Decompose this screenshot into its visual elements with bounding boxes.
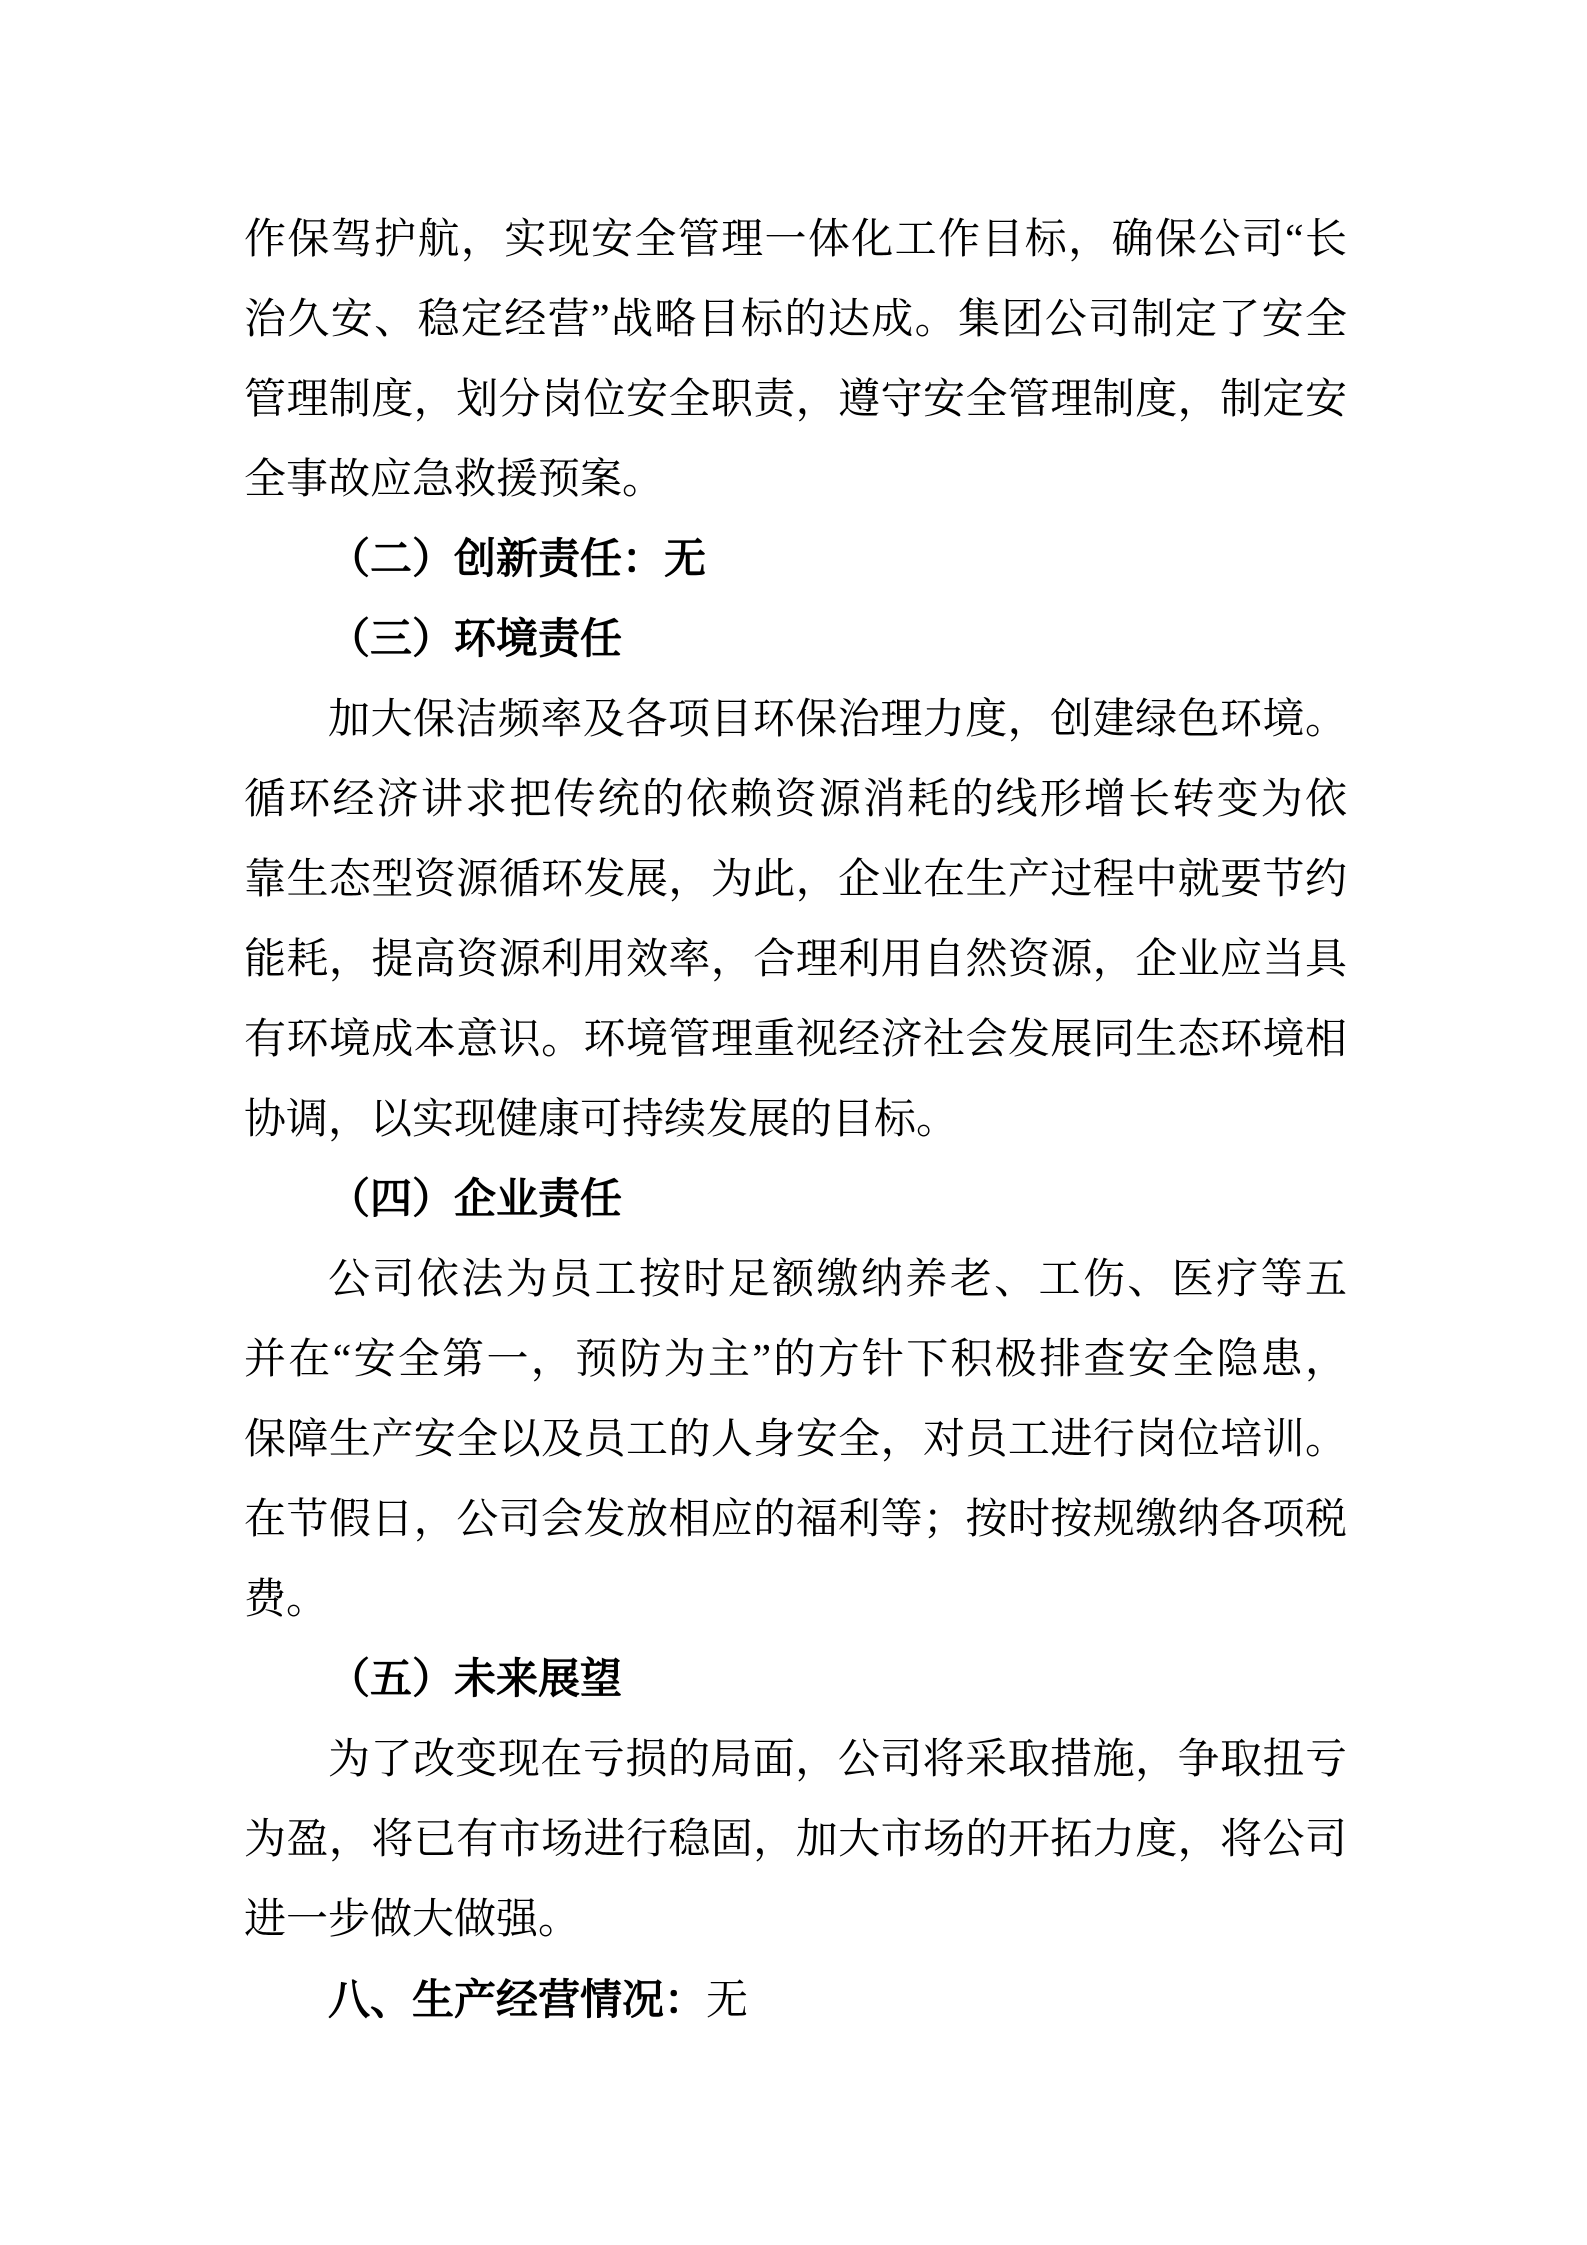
- chapter-heading-value: 无: [706, 1978, 748, 2024]
- document-page: 作保驾护航，实现安全管理一体化工作目标，确保公司“长 治久安、稳定经营”战略目标…: [0, 0, 1587, 2245]
- body-text-line: 进一步做大做强。: [244, 1880, 1347, 1960]
- section-heading-outlook: （五）未来展望: [244, 1640, 1347, 1720]
- body-text-line: 能耗，提高资源利用效率，合理利用自然资源，企业应当具: [244, 920, 1347, 1000]
- body-text-line: 加大保洁频率及各项目环保治理力度，创建绿色环境。: [244, 680, 1347, 760]
- chapter-heading-label: 八、生产经营情况：: [328, 1976, 706, 2023]
- body-text-line: 在节假日，公司会发放相应的福利等；按时按规缴纳各项税: [244, 1480, 1347, 1560]
- body-text-line: 靠生态型资源循环发展，为此，企业在生产过程中就要节约: [244, 840, 1347, 920]
- body-text-line: 并在“安全第一，预防为主”的方针下积极排查安全隐患，: [244, 1320, 1347, 1400]
- body-text-line: 治久安、稳定经营”战略目标的达成。集团公司制定了安全: [244, 280, 1347, 360]
- chapter-heading-production: 八、生产经营情况：无: [244, 1960, 1347, 2040]
- body-text-line: 有环境成本意识。环境管理重视经济社会发展同生态环境相: [244, 1000, 1347, 1080]
- body-text-line: 公司依法为员工按时足额缴纳养老、工伤、医疗等五险。: [244, 1240, 1347, 1320]
- section-heading-enterprise: （四）企业责任: [244, 1160, 1347, 1240]
- body-text-line: 为盈，将已有市场进行稳固，加大市场的开拓力度，将公司: [244, 1800, 1347, 1880]
- body-text-line: 费。: [244, 1560, 1347, 1640]
- body-text-line: 全事故应急救援预案。: [244, 440, 1347, 520]
- body-text-line: 循环经济讲求把传统的依赖资源消耗的线形增长转变为依: [244, 760, 1347, 840]
- body-text-line: 为了改变现在亏损的局面，公司将采取措施，争取扭亏: [244, 1720, 1347, 1800]
- section-heading-innovation: （二）创新责任：无: [244, 520, 1347, 600]
- body-text-line: 作保驾护航，实现安全管理一体化工作目标，确保公司“长: [244, 200, 1347, 280]
- body-text-line: 管理制度，划分岗位安全职责，遵守安全管理制度，制定安: [244, 360, 1347, 440]
- section-heading-environment: （三）环境责任: [244, 600, 1347, 680]
- body-text-line: 保障生产安全以及员工的人身安全，对员工进行岗位培训。: [244, 1400, 1347, 1480]
- body-text-line: 协调，以实现健康可持续发展的目标。: [244, 1080, 1347, 1160]
